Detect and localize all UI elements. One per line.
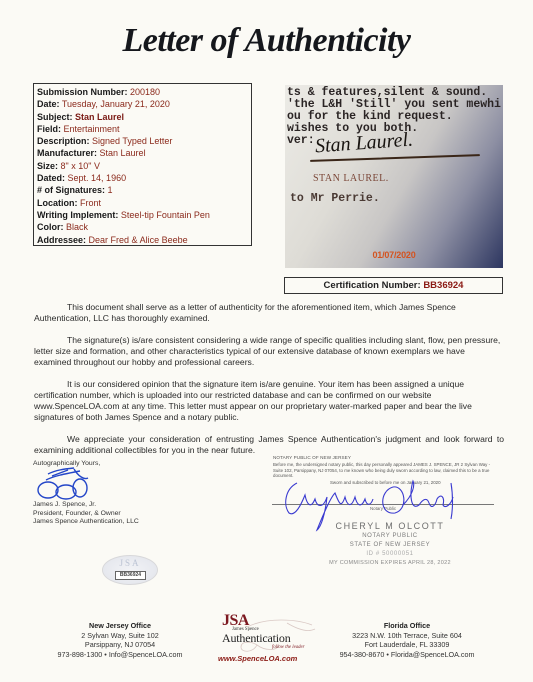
detail-row: Location: Front	[37, 197, 248, 209]
detail-row: Date: Tuesday, January 21, 2020	[37, 98, 248, 110]
detail-value: 200180	[130, 87, 160, 97]
website-link[interactable]: www.SpenceLOA.com	[218, 654, 297, 663]
certification-number-box: Certification Number: BB36924	[284, 277, 503, 294]
logo-word: Authentication	[222, 631, 291, 646]
detail-row: Subject: Stan Laurel	[37, 111, 248, 123]
detail-value: Tuesday, January 21, 2020	[62, 99, 170, 109]
detail-row: Size: 8" x 10" V	[37, 160, 248, 172]
detail-value: Signed Typed Letter	[92, 136, 172, 146]
detail-label: Manufacturer:	[37, 148, 97, 158]
office-contact: 954-380-8670 • Florida@SpenceLOA.com	[322, 650, 492, 660]
new-jersey-office: New Jersey Office 2 Sylvan Way, Suite 10…	[45, 621, 195, 659]
notary-stamp-line: STATE OF NEW JERSEY	[310, 541, 470, 550]
photo-date-stamp: 01/07/2020	[285, 250, 503, 260]
detail-label: Date:	[37, 99, 60, 109]
detail-label: Subject:	[37, 112, 73, 122]
notary-name: CHERYL M OLCOTT	[310, 521, 470, 532]
detail-row: # of Signatures: 1	[37, 184, 248, 196]
notary-stamp-line: NOTARY PUBLIC	[310, 532, 470, 541]
detail-row: Color: Black	[37, 221, 248, 233]
detail-label: Writing Implement:	[37, 210, 118, 220]
paragraph: We appreciate your consideration of entr…	[34, 434, 504, 456]
detail-label: # of Signatures:	[37, 185, 105, 195]
typed-line: to Mr Perrie.	[290, 192, 380, 205]
detail-value: Front	[80, 198, 101, 208]
detail-value: Black	[66, 222, 88, 232]
james-spence-signature	[34, 466, 92, 500]
certification-label: Certification Number:	[324, 280, 421, 291]
sticker-number: BB36924	[115, 571, 146, 580]
logo-tagline: follow the leader	[272, 645, 305, 650]
office-heading: Florida Office	[322, 621, 492, 631]
notary-heading: NOTARY PUBLIC OF NEW JERSEY	[273, 455, 351, 460]
detail-row: Writing Implement: Steel-tip Fountain Pe…	[37, 209, 248, 221]
signer-company: James Spence Authentication, LLC	[33, 518, 139, 527]
office-heading: New Jersey Office	[45, 621, 195, 631]
letter-body: This document shall serve as a letter of…	[34, 302, 504, 467]
typed-name: STAN LAUREL.	[313, 173, 389, 184]
detail-value: Dear Fred & Alice Beebe	[89, 235, 188, 245]
item-photo: ts & features,silent & sound. 'the L&H '…	[285, 85, 503, 268]
office-city: Fort Lauderdale, FL 33309	[322, 640, 492, 650]
detail-row: Submission Number: 200180	[37, 86, 248, 98]
signer-block: James J. Spence, Jr. President, Founder,…	[33, 501, 139, 527]
typed-line: ver:	[287, 135, 315, 147]
detail-value: Stan Laurel	[75, 112, 124, 122]
paragraph: It is our considered opinion that the si…	[34, 379, 504, 423]
signer-name: James J. Spence, Jr.	[33, 501, 139, 510]
detail-label: Addressee:	[37, 235, 86, 245]
notary-stamp-id: ID # 50000051	[310, 550, 470, 559]
office-city: Parsippany, NJ 07054	[45, 640, 195, 650]
detail-label: Size:	[37, 161, 58, 171]
detail-label: Field:	[37, 124, 61, 134]
detail-label: Dated:	[37, 173, 65, 183]
detail-value: 1	[108, 185, 113, 195]
paragraph: This document shall serve as a letter of…	[34, 302, 504, 324]
sticker-brand: JSA	[103, 558, 157, 568]
signer-title: President, Founder, & Owner	[33, 510, 139, 519]
detail-value: Stan Laurel	[100, 148, 146, 158]
detail-row: Dated: Sept. 14, 1960	[37, 172, 248, 184]
paragraph: The signature(s) is/are consistent consi…	[34, 335, 504, 368]
document-title: Letter of Authenticity	[0, 22, 533, 60]
detail-label: Description:	[37, 136, 90, 146]
notary-commission-expiry: MY COMMISSION EXPIRES APRIL 28, 2022	[310, 559, 470, 568]
detail-row: Manufacturer: Stan Laurel	[37, 147, 248, 159]
office-address: 3223 N.W. 10th Terrace, Suite 604	[322, 631, 492, 641]
detail-value: Sept. 14, 1960	[68, 173, 127, 183]
office-address: 2 Sylvan Way, Suite 102	[45, 631, 195, 641]
office-contact: 973-898-1300 • Info@SpenceLOA.com	[45, 650, 195, 660]
florida-office: Florida Office 3223 N.W. 10th Terrace, S…	[322, 621, 492, 659]
detail-value: Steel-tip Fountain Pen	[121, 210, 210, 220]
detail-row: Field: Entertainment	[37, 123, 248, 135]
notary-stamp: CHERYL M OLCOTT NOTARY PUBLIC STATE OF N…	[310, 521, 470, 568]
detail-label: Color:	[37, 222, 64, 232]
detail-row: Description: Signed Typed Letter	[37, 135, 248, 147]
detail-value: Entertainment	[64, 124, 120, 134]
detail-label: Submission Number:	[37, 87, 128, 97]
detail-label: Location:	[37, 198, 78, 208]
detail-value: 8" x 10" V	[61, 161, 100, 171]
hologram-sticker: JSA BB36924	[102, 555, 158, 585]
item-details-box: Submission Number: 200180Date: Tuesday, …	[33, 83, 252, 246]
jsa-logo: JSA James Spence Authentication follow t…	[212, 612, 320, 670]
certification-value: BB36924	[423, 280, 463, 291]
detail-row: Addressee: Dear Fred & Alice Beebe	[37, 234, 248, 246]
